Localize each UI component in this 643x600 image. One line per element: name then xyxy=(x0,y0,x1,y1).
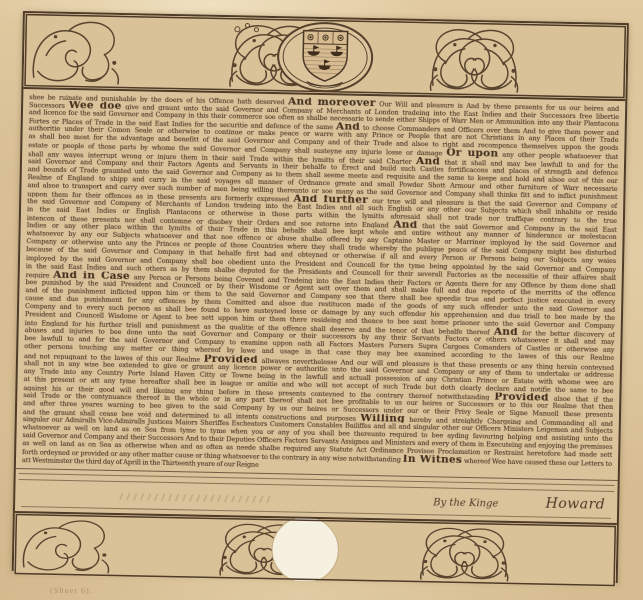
charter-lines: shee be ruinate and punishable by the do… xyxy=(22,92,619,475)
charter-document: shee be ruinate and punishable by the do… xyxy=(12,11,629,583)
bottom-ornamental-border xyxy=(14,511,617,587)
by-the-king-text: By the Kinge xyxy=(433,497,498,509)
scrollwork-engraving-bottom xyxy=(14,513,617,587)
top-ornamental-border xyxy=(23,13,626,101)
sheet-caption: (Sheet 6). xyxy=(50,586,93,595)
photographed-page: shee be ruinate and punishable by the do… xyxy=(0,0,643,600)
ruled-line xyxy=(19,479,615,492)
signature-smudge xyxy=(119,493,271,503)
blank-seal-circle xyxy=(271,516,339,583)
howard-signature: Howard xyxy=(545,496,605,513)
coat-of-arms xyxy=(262,19,388,99)
east-india-company-arms-icon xyxy=(262,19,387,95)
charter-text-block: shee be ruinate and punishable by the do… xyxy=(16,89,626,481)
